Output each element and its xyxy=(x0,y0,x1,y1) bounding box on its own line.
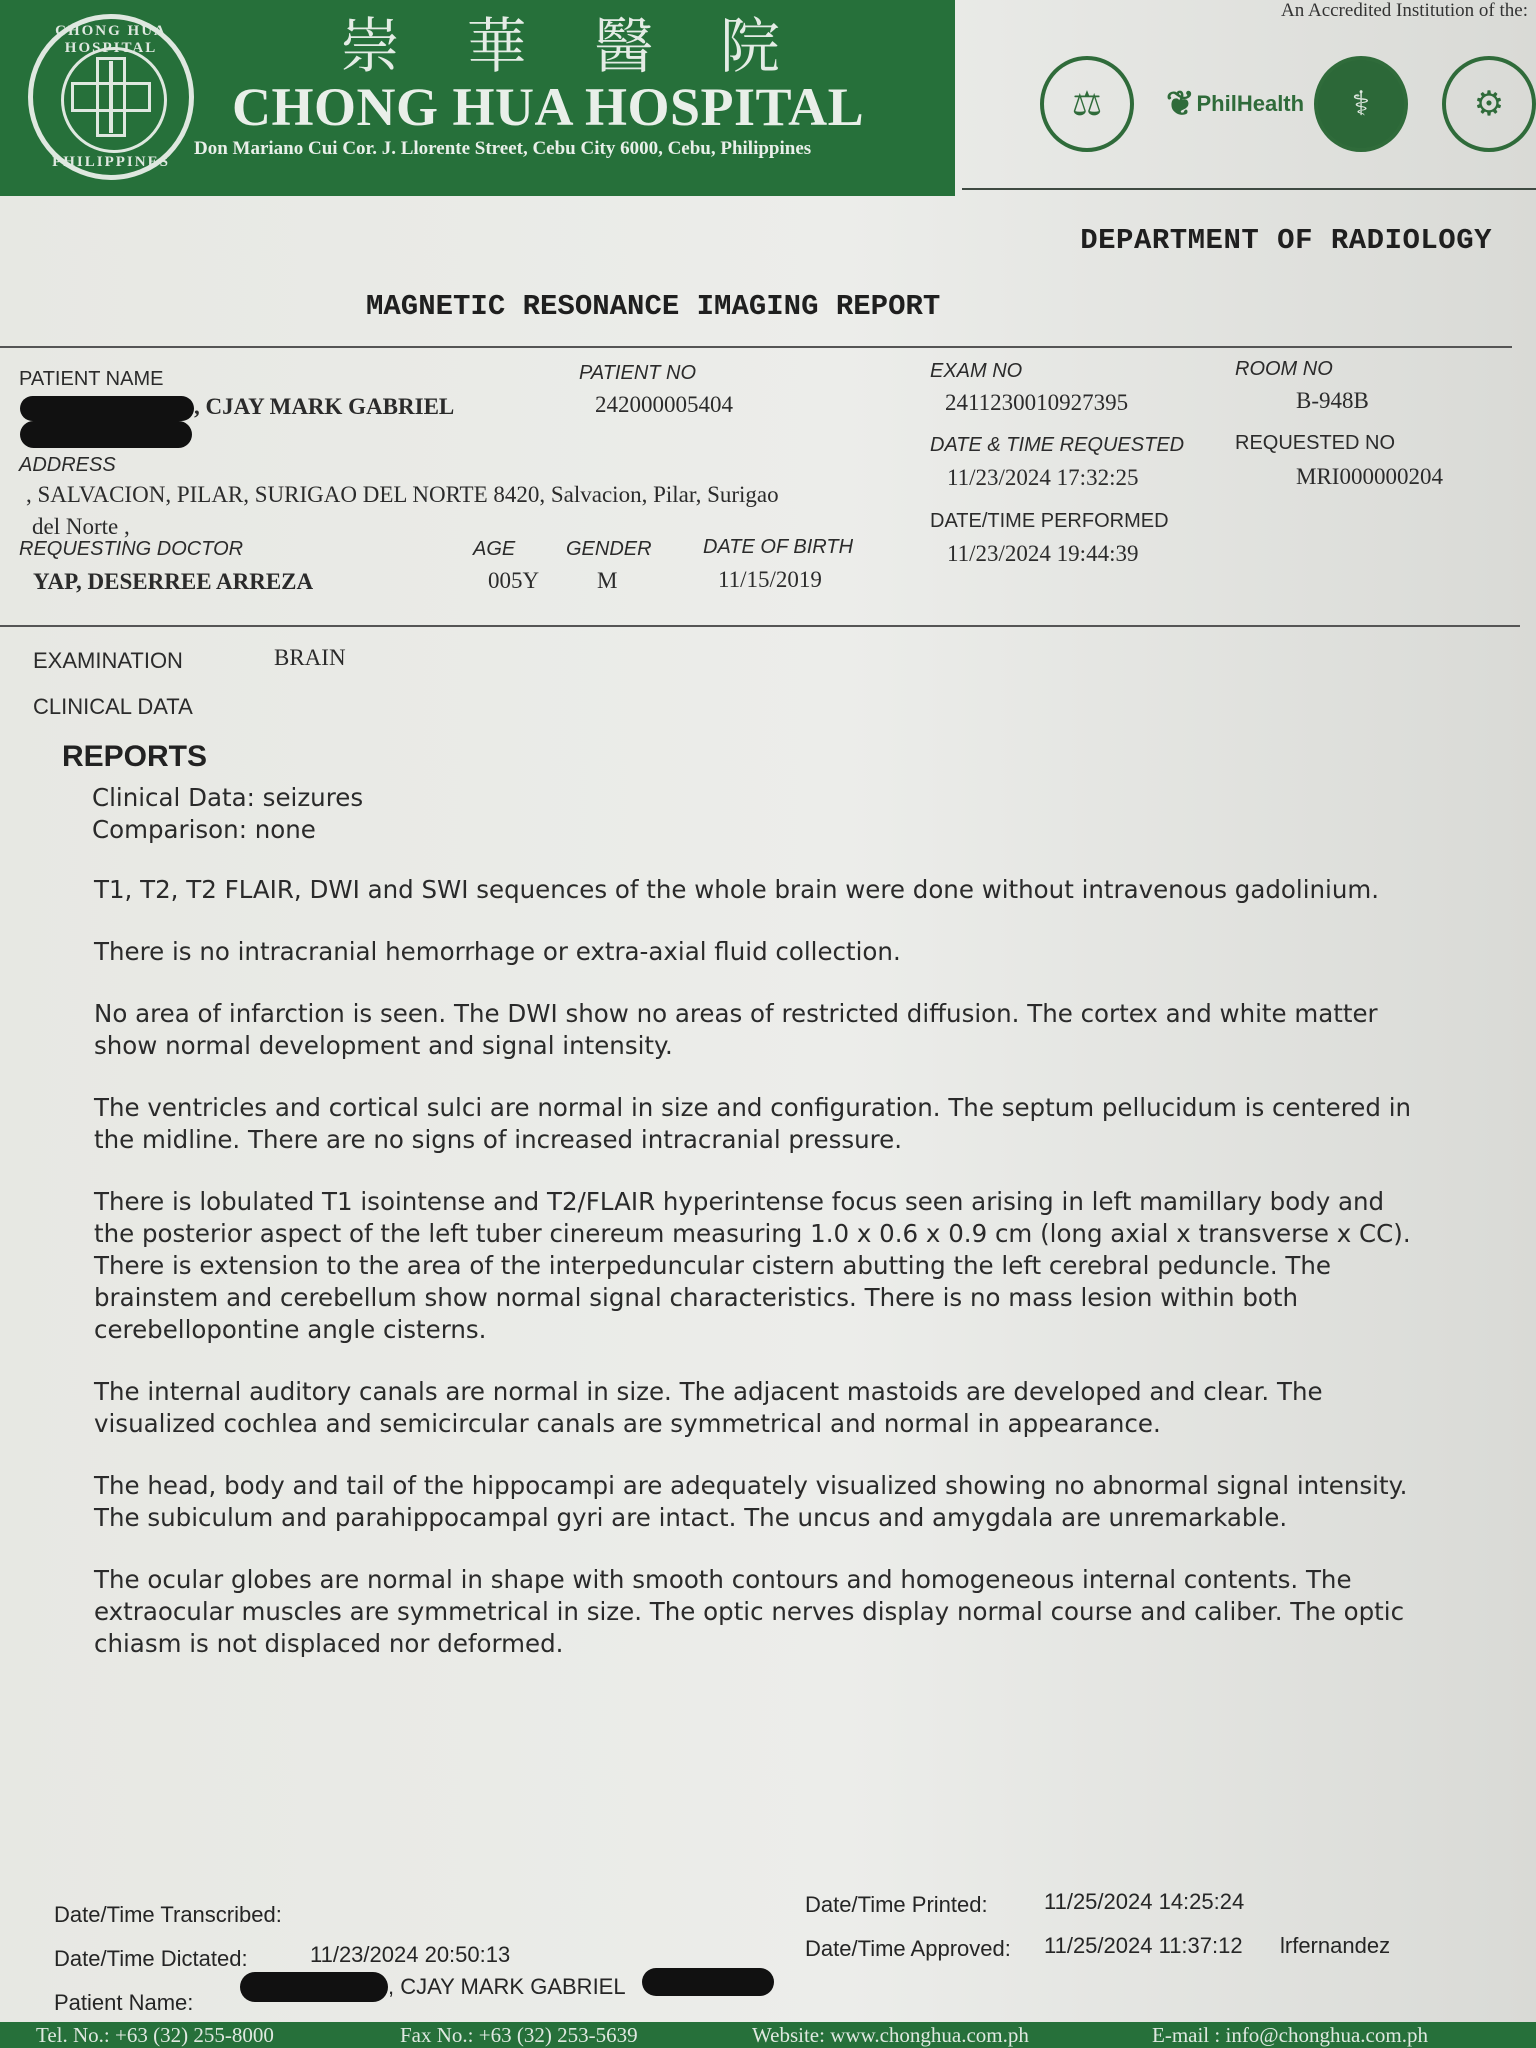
footer-patient-name-value: , CJAY MARK GABRIEL xyxy=(388,1974,626,2000)
hospital-name: CHONG HUA HOSPITAL xyxy=(232,76,864,138)
report-paragraph: There is no intracranial hemorrhage or e… xyxy=(92,936,1422,968)
report-paragraph: T1, T2, T2 FLAIR, DWI and SWI sequences … xyxy=(92,874,1422,906)
logo-ring-text-bottom: PHILIPPINES xyxy=(33,154,189,171)
age-label: AGE xyxy=(473,538,515,561)
reports-heading: REPORTS xyxy=(62,740,207,774)
exam-no-label: EXAM NO xyxy=(930,360,1022,383)
patient-no-value: 242000005404 xyxy=(595,392,733,418)
clinical-data-label: CLINICAL DATA xyxy=(33,694,193,720)
quality-assurance-seal-icon: ⚙ xyxy=(1442,56,1536,152)
examination-value: BRAIN xyxy=(274,645,346,671)
date-requested-label: DATE & TIME REQUESTED xyxy=(930,434,1184,457)
room-no-label: ROOM NO xyxy=(1235,358,1333,381)
date-performed-label: DATE/TIME PERFORMED xyxy=(930,510,1169,533)
accreditation-seals: ⚖ ❦ PhilHealth ⚕ ⚙ xyxy=(1040,50,1536,160)
address-line2: del Norte , xyxy=(32,514,130,540)
caduceus-icon xyxy=(109,61,113,133)
patient-name-value: , CJAY MARK GABRIEL xyxy=(194,394,454,420)
printed-value: 11/25/2024 14:25:24 xyxy=(1044,1889,1244,1915)
hospital-logo-icon: CHONG HUA HOSPITAL PHILIPPINES xyxy=(28,14,194,180)
report-paragraph: The ocular globes are normal in shape wi… xyxy=(92,1564,1422,1660)
room-no-value: B-948B xyxy=(1296,388,1369,414)
department-title: DEPARTMENT OF RADIOLOGY xyxy=(1080,224,1492,257)
printed-label: Date/Time Printed: xyxy=(805,1892,988,1918)
dictated-label: Date/Time Dictated: xyxy=(54,1946,248,1972)
divider xyxy=(0,625,1520,627)
transcribed-label: Date/Time Transcribed: xyxy=(54,1902,282,1928)
mri-report-page: CHONG HUA HOSPITAL PHILIPPINES 崇 華 醫 院 C… xyxy=(0,0,1536,2048)
report-title: MAGNETIC RESONANCE IMAGING REPORT xyxy=(366,290,940,323)
patient-no-label: PATIENT NO xyxy=(579,362,696,385)
telephone-number: Tel. No.: +63 (32) 255-8000 xyxy=(36,2022,274,2048)
accreditation-caption: An Accredited Institution of the: xyxy=(1281,0,1528,22)
divider xyxy=(0,346,1512,348)
requesting-doctor-value: YAP, DESERREE ARREZA xyxy=(33,569,313,595)
website-link[interactable]: Website: www.chonghua.com.ph xyxy=(752,2022,1029,2048)
gender-label: GENDER xyxy=(566,538,652,561)
date-performed-value: 11/23/2024 19:44:39 xyxy=(947,541,1138,567)
philhealth-logo: ❦ PhilHealth xyxy=(1166,84,1304,124)
gender-value: M xyxy=(597,568,617,594)
approved-by: lrfernandez xyxy=(1280,1933,1390,1959)
email-link[interactable]: E-mail : info@chonghua.com.ph xyxy=(1152,2022,1428,2048)
header-divider xyxy=(962,188,1536,190)
report-paragraph: The ventricles and cortical sulci are no… xyxy=(92,1092,1422,1156)
approved-label: Date/Time Approved: xyxy=(805,1936,1011,1962)
address-line1: , SALVACION, PILAR, SURIGAO DEL NORTE 84… xyxy=(26,482,779,508)
redaction-mark xyxy=(20,396,194,421)
age-value: 005Y xyxy=(488,568,539,594)
exam-no-value: 2411230010927395 xyxy=(945,390,1128,416)
date-requested-value: 11/23/2024 17:32:25 xyxy=(947,465,1138,491)
examination-label: EXAMINATION xyxy=(33,648,183,674)
redaction-mark xyxy=(20,421,192,448)
philhealth-icon: ❦ xyxy=(1166,84,1195,124)
doh-seal-icon: ⚖ xyxy=(1040,56,1134,152)
footer-patient-name-label: Patient Name: xyxy=(54,1990,193,2016)
hospital-brand-bar: CHONG HUA HOSPITAL PHILIPPINES 崇 華 醫 院 C… xyxy=(0,0,955,196)
comparison-line: Comparison: none xyxy=(92,814,1422,846)
patient-name-label: PATIENT NAME xyxy=(19,368,163,391)
requesting-doctor-label: REQUESTING DOCTOR xyxy=(19,538,243,561)
fax-number: Fax No.: +63 (32) 253-5639 xyxy=(400,2022,638,2048)
dob-value: 11/15/2019 xyxy=(718,567,822,593)
report-paragraph: The internal auditory canals are normal … xyxy=(92,1376,1422,1440)
dob-label: DATE OF BIRTH xyxy=(703,536,853,559)
hospital-address: Don Mariano Cui Cor. J. Llorente Street,… xyxy=(194,138,811,160)
report-paragraph: The head, body and tail of the hippocamp… xyxy=(92,1470,1422,1534)
report-body: Clinical Data: seizures Comparison: none… xyxy=(92,782,1422,1660)
report-paragraph: There is lobulated T1 isointense and T2/… xyxy=(92,1186,1422,1346)
contact-footer-bar: Tel. No.: +63 (32) 255-8000 Fax No.: +63… xyxy=(0,2022,1536,2048)
requested-no-value: MRI000000204 xyxy=(1296,464,1443,490)
hospital-chinese-name: 崇 華 醫 院 xyxy=(340,10,780,84)
logo-ring-text-top: CHONG HUA HOSPITAL xyxy=(33,23,189,57)
redaction-mark xyxy=(240,1972,388,2002)
medical-association-seal-icon: ⚕ xyxy=(1314,56,1408,152)
address-label: ADDRESS xyxy=(19,454,116,477)
approved-value: 11/25/2024 11:37:12 xyxy=(1044,1933,1243,1959)
clinical-data-line: Clinical Data: seizures xyxy=(92,782,1422,814)
requested-no-label: REQUESTED NO xyxy=(1235,432,1395,455)
report-paragraph: No area of infarction is seen. The DWI s… xyxy=(92,998,1422,1062)
dictated-value: 11/23/2024 20:50:13 xyxy=(310,1942,510,1968)
redaction-mark xyxy=(642,1968,774,1996)
